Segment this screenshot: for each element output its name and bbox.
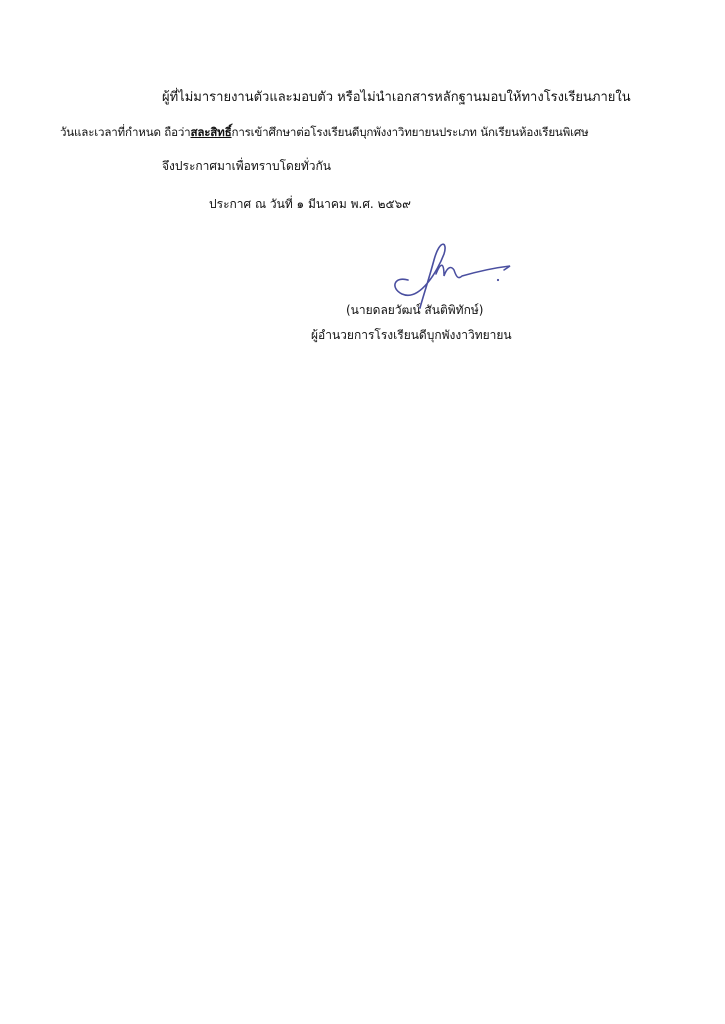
paragraph-line-2-prefix: วันและเวลาที่กำหนด ถือว่า (60, 125, 191, 139)
signature-icon (380, 230, 520, 310)
forfeit-emphasis: สละสิทธิ์ (191, 125, 232, 139)
announcement-date: ประกาศ ณ วันที่ ๑ มีนาคม พ.ศ. ๒๕๖๙ (209, 196, 411, 212)
signer-title: ผู้อำนวยการโรงเรียนดีบุกพังงาวิทยายน (311, 327, 512, 343)
closing-statement: จึงประกาศมาเพื่อทราบโดยทั่วกัน (162, 158, 331, 174)
paragraph-line-2: วันและเวลาที่กำหนด ถือว่าสละสิทธิ์การเข้… (60, 124, 588, 140)
paragraph-line-1: ผู้ที่ไม่มารายงานตัวและมอบตัว หรือไม่นำเ… (162, 90, 631, 106)
signer-name: (นายดลยวัฒน์ สันติพิทักษ์) (346, 302, 483, 318)
paragraph-line-2-suffix: การเข้าศึกษาต่อโรงเรียนดีบุกพังงาวิทยายน… (232, 125, 589, 139)
